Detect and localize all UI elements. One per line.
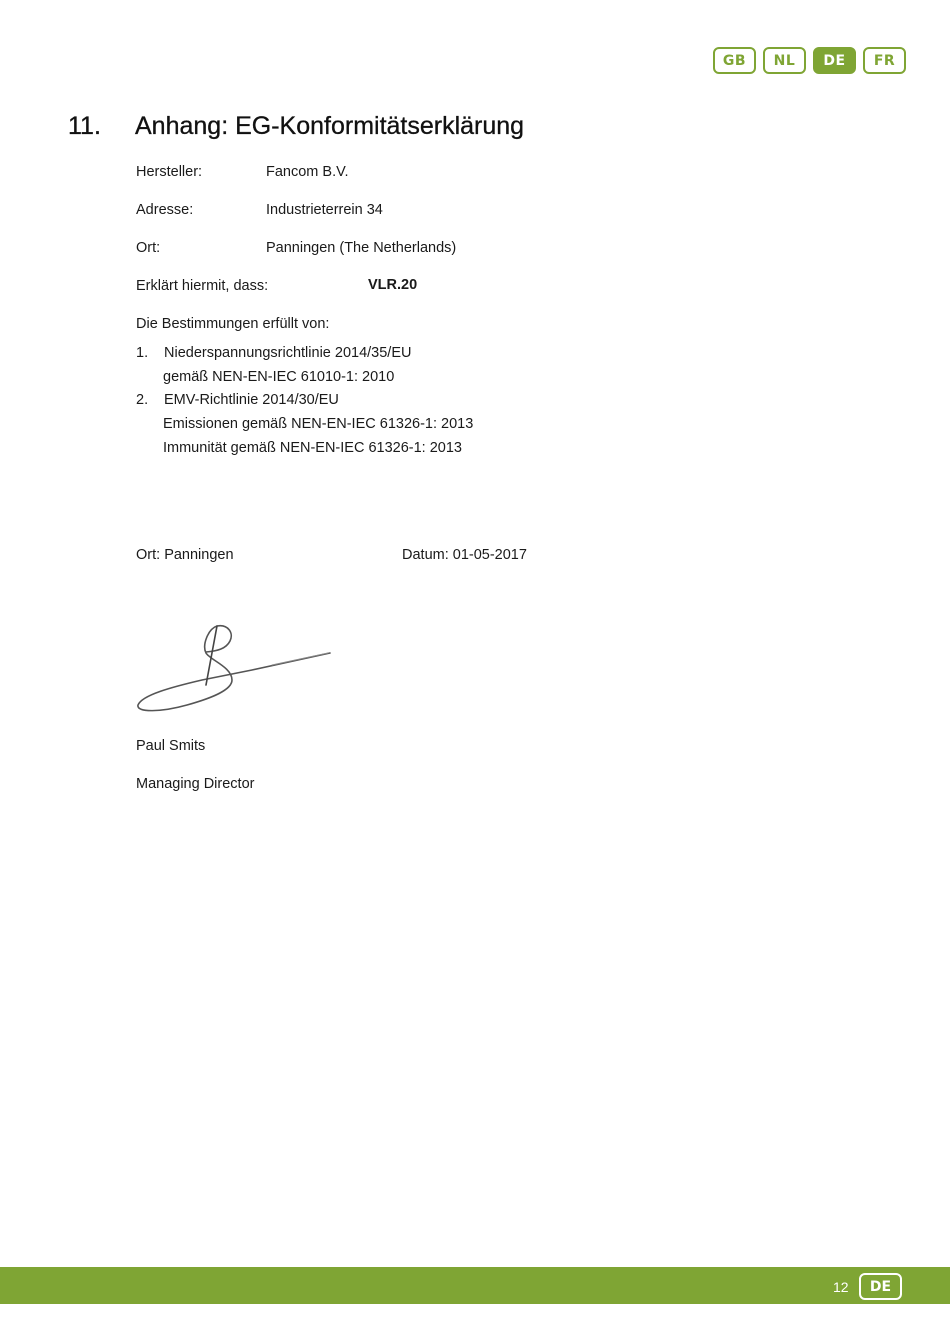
address-row: Adresse: Industrieterrein 34 [136, 202, 193, 218]
requirement-2-title: EMV-Richtlinie 2014/30/EU [164, 392, 339, 408]
section-heading: 11. Anhang: EG-Konformitätserklärung [68, 112, 524, 141]
requirement-2-number: 2. [136, 392, 148, 408]
footer-language-badge: DE [859, 1273, 902, 1300]
place-value: Panningen (The Netherlands) [266, 240, 456, 256]
footer-band [0, 1267, 950, 1304]
place-row: Ort: Panningen (The Netherlands) [136, 240, 160, 256]
signoff-place: Ort: Panningen [136, 547, 234, 563]
declares-label: Erklärt hiermit, dass: [136, 278, 268, 294]
page-number: 12 [833, 1279, 849, 1295]
language-badge-fr[interactable]: FR [863, 47, 906, 74]
product-name: VLR.20 [368, 277, 417, 293]
place-label: Ort: [136, 240, 160, 256]
requirement-1-detail: gemäß NEN-EN-IEC 61010-1: 2010 [163, 369, 394, 385]
requirement-2-detail-2: Immunität gemäß NEN-EN-IEC 61326-1: 2013 [163, 440, 462, 456]
requirement-2-detail-1: Emissionen gemäß NEN-EN-IEC 61326-1: 201… [163, 416, 473, 432]
manufacturer-row: Hersteller: Fancom B.V. [136, 164, 202, 180]
language-badge-nl[interactable]: NL [763, 47, 806, 74]
language-badge-gb[interactable]: GB [713, 47, 756, 74]
section-number: 11. [68, 112, 135, 141]
signatory-name: Paul Smits [136, 738, 205, 754]
address-label: Adresse: [136, 202, 193, 218]
signoff-date: Datum: 01-05-2017 [402, 547, 527, 563]
declares-row: Erklärt hiermit, dass: VLR.20 [136, 278, 268, 294]
signatory-role: Managing Director [136, 776, 254, 792]
language-badge-de[interactable]: DE [813, 47, 856, 74]
section-title: Anhang: EG-Konformitätserklärung [135, 112, 524, 141]
manufacturer-value: Fancom B.V. [266, 164, 348, 180]
address-value: Industrieterrein 34 [266, 202, 383, 218]
signature-icon [132, 615, 332, 720]
requirement-1-title: Niederspannungsrichtlinie 2014/35/EU [164, 345, 411, 361]
requirement-1-number: 1. [136, 345, 148, 361]
requirements-intro: Die Bestimmungen erfüllt von: [136, 316, 329, 332]
language-selector: GB NL DE FR [713, 47, 906, 74]
manufacturer-label: Hersteller: [136, 164, 202, 180]
